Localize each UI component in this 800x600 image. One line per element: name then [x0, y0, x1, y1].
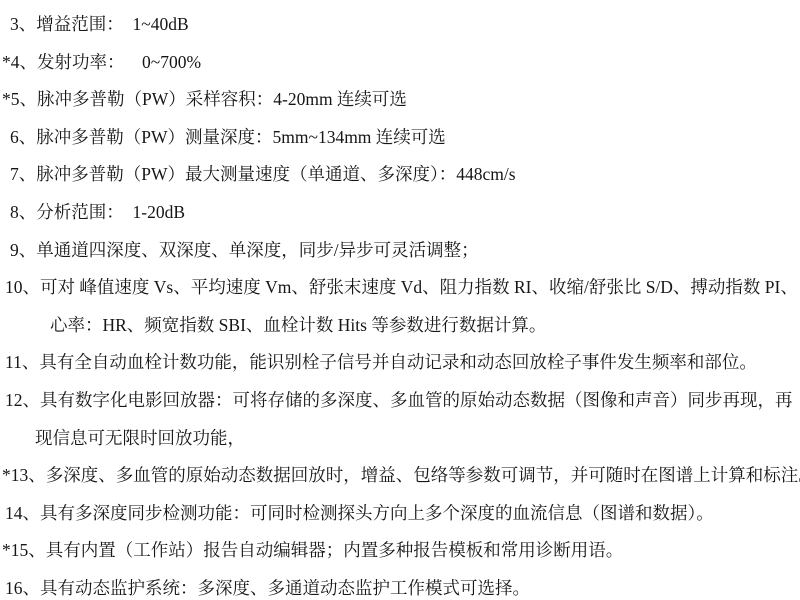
spec-line-8: 8、分析范围： 1-20dB	[0, 194, 800, 232]
spec-line-15: *15、具有内置（工作站）报告自动编辑器；内置多种报告模板和常用诊断用语。	[0, 532, 800, 570]
spec-line-14: 14、具有多深度同步检测功能：可同时检测探头方向上多个深度的血流信息（图谱和数据…	[0, 495, 800, 533]
spec-line-9: 9、单通道四深度、双深度、单深度，同步/异步可灵活调整；	[0, 232, 800, 270]
spec-line-11: 11、具有全自动血栓计数功能，能识别栓子信号并自动记录和动态回放栓子事件发生频率…	[0, 344, 800, 382]
spec-list: 3、增益范围： 1~40dB*4、发射功率： 0~700%*5、脉冲多普勒（PW…	[0, 0, 800, 600]
spec-line-4: *4、发射功率： 0~700%	[0, 44, 800, 82]
spec-line-cont-8: 心率：HR、频宽指数 SBI、血栓计数 Hits 等参数进行数据计算。	[0, 307, 800, 345]
spec-line-7: 7、脉冲多普勒（PW）最大测量速度（单通道、多深度）：448cm/s	[0, 156, 800, 194]
spec-line-16: 16、具有动态监护系统：多深度、多通道动态监护工作模式可选择。	[0, 570, 800, 600]
spec-line-cont-11: 现信息可无限时回放功能，	[0, 420, 800, 458]
spec-line-10: 10、可对 峰值速度 Vs、平均速度 Vm、舒张末速度 Vd、阻力指数 RI、收…	[0, 269, 800, 307]
spec-line-12: 12、具有数字化电影回放器：可将存储的多深度、多血管的原始动态数据（图像和声音）…	[0, 382, 800, 420]
spec-line-5: *5、脉冲多普勒（PW）采样容积：4-20mm 连续可选	[0, 81, 800, 119]
document-page: { "page": { "background": "#ffffff", "te…	[0, 0, 800, 600]
spec-line-6: 6、脉冲多普勒（PW）测量深度：5mm~134mm 连续可选	[0, 119, 800, 157]
spec-line-13: *13、多深度、多血管的原始动态数据回放时，增益、包络等参数可调节，并可随时在图…	[0, 457, 800, 495]
spec-line-3: 3、增益范围： 1~40dB	[0, 6, 800, 44]
